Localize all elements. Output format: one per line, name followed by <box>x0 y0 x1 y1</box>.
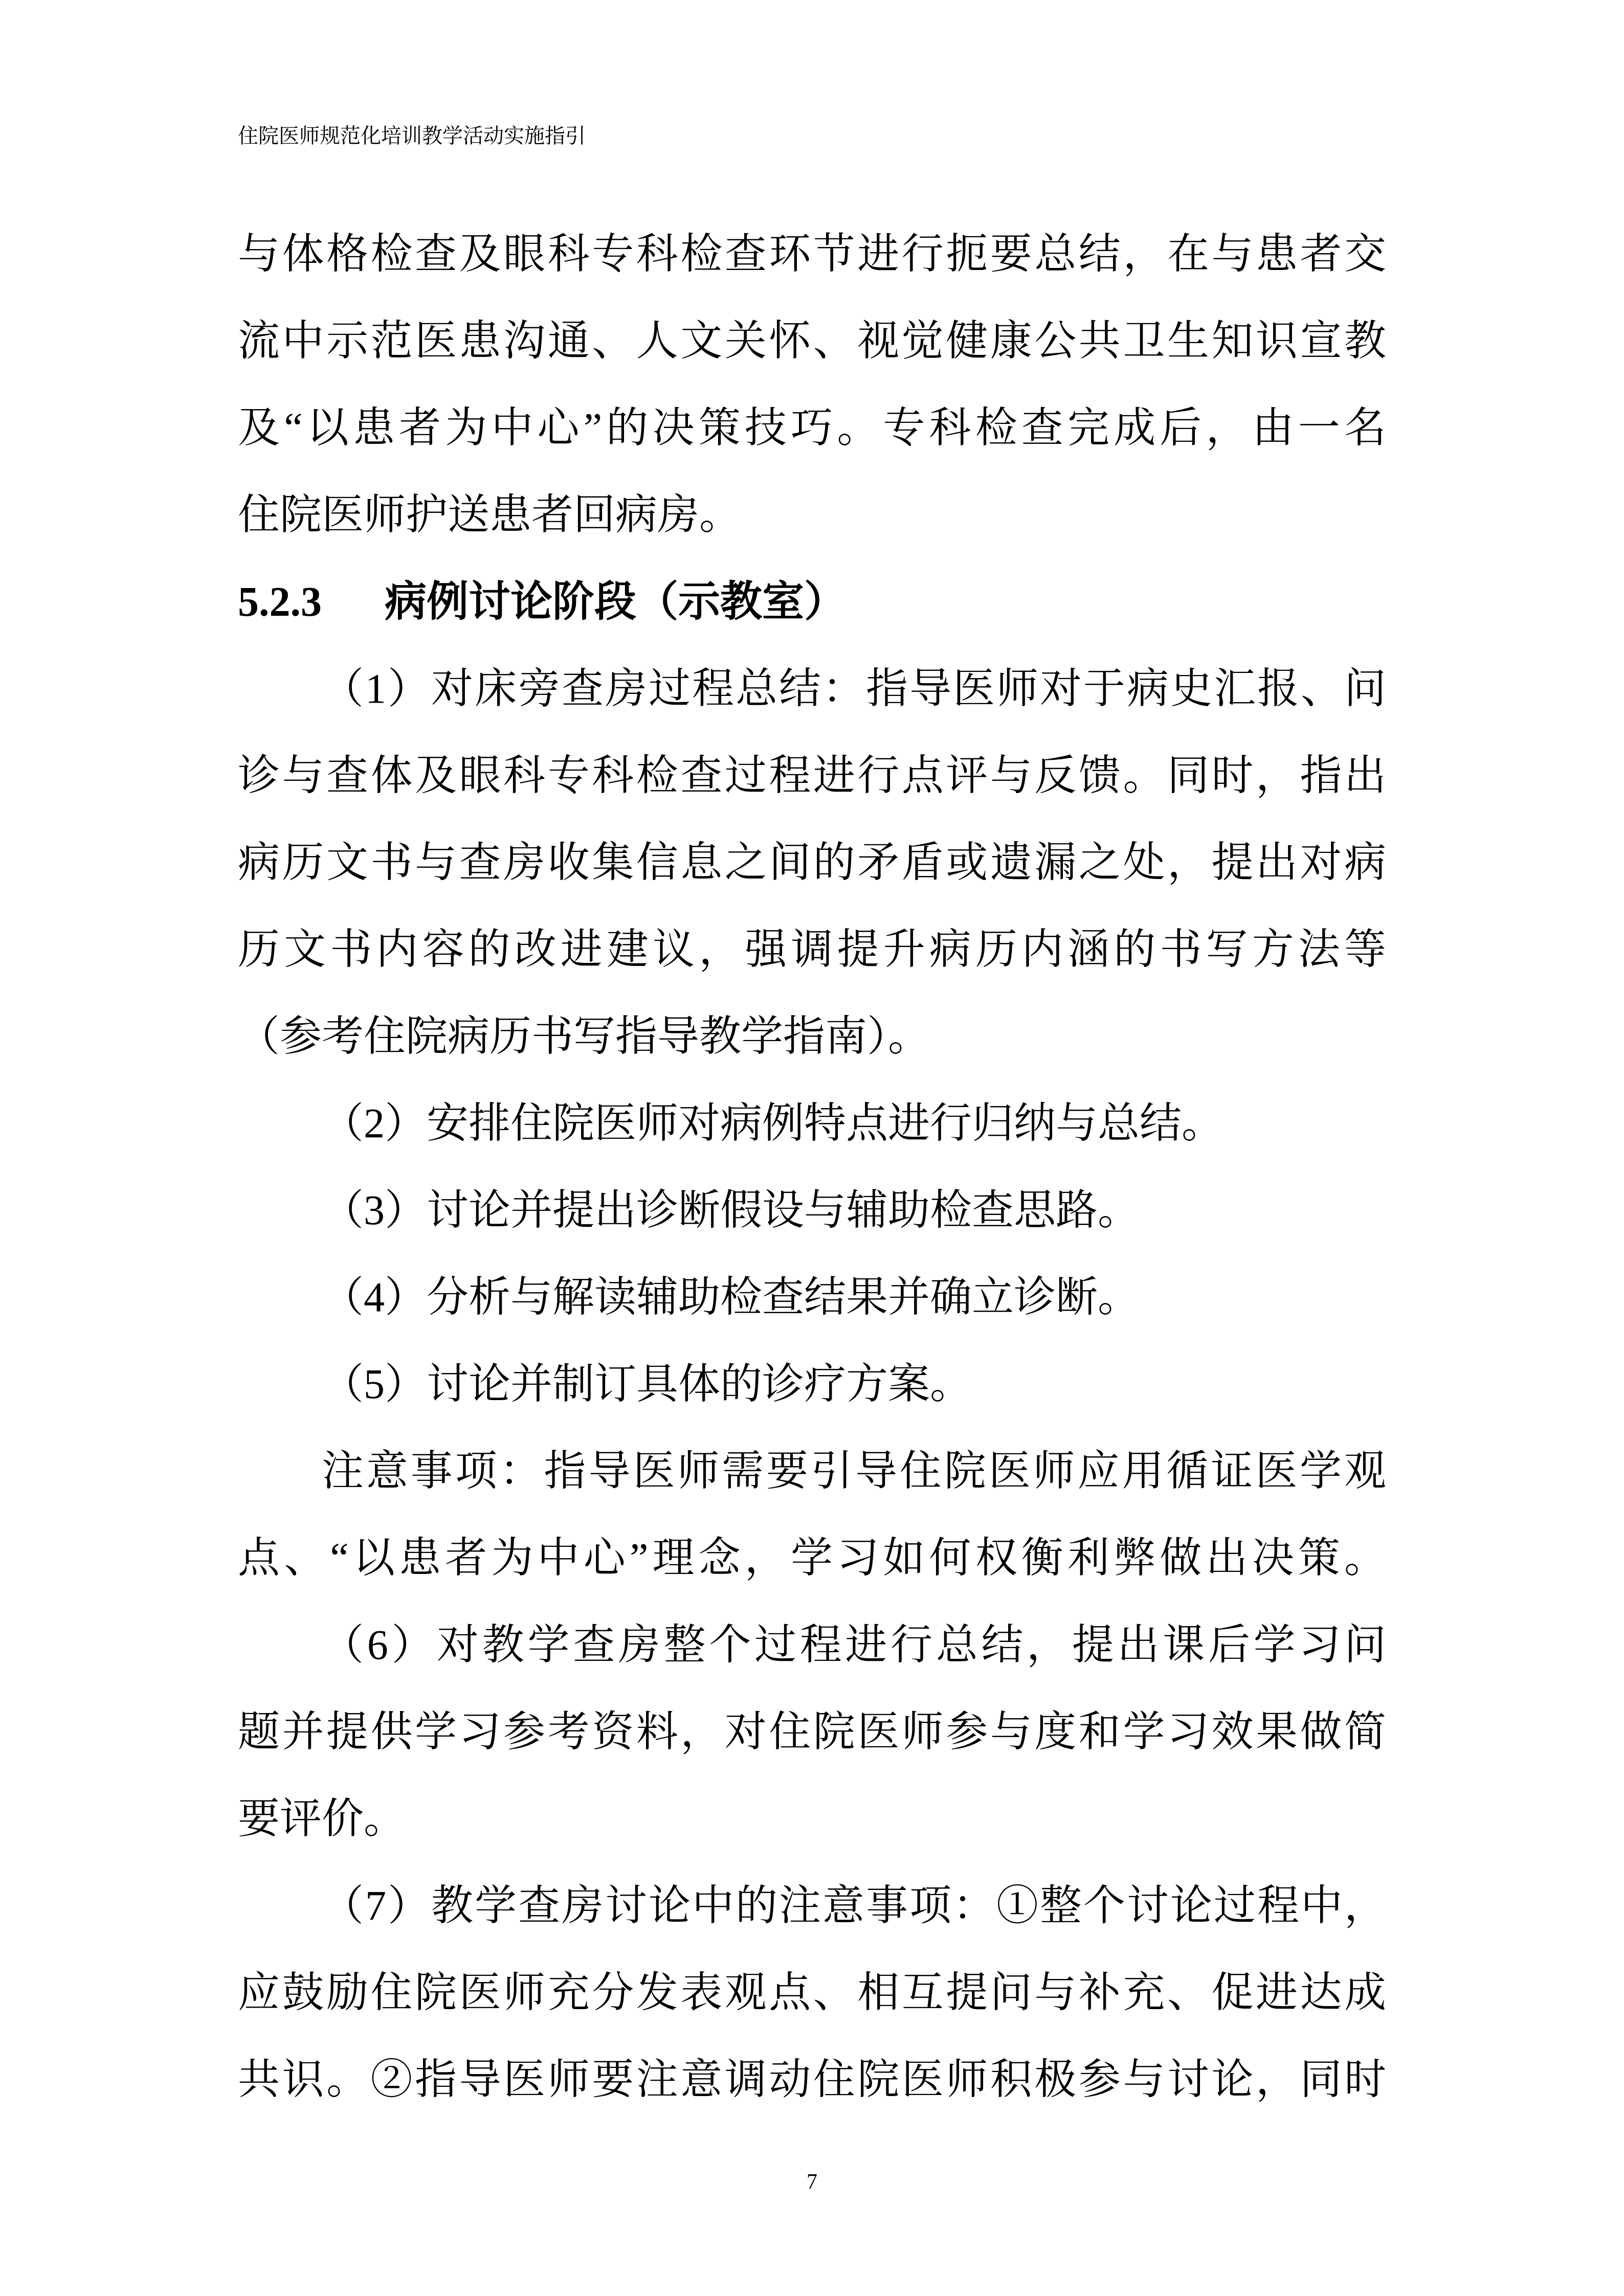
paragraph-item-4: （4）分析与解读辅助检查结果并确立诊断。 <box>238 1254 1386 1341</box>
text-line: 与体格检查及眼科专科检查环节进行扼要总结，在与患者交 <box>238 211 1386 298</box>
text-line: 5.2.3病例讨论阶段（示教室） <box>238 558 1386 645</box>
paragraph-item-2: （2）安排住院医师对病例特点进行归纳与总结。 <box>238 1080 1386 1167</box>
text-line: （参考住院病历书写指导教学指南）。 <box>238 993 1386 1080</box>
text-line: （5）讨论并制订具体的诊疗方案。 <box>238 1341 1386 1428</box>
text-line: （6）对教学查房整个过程进行总结，提出课后学习问 <box>238 1602 1386 1689</box>
text-line: 病历文书与查房收集信息之间的矛盾或遗漏之处，提出对病 <box>238 819 1386 906</box>
text-line: 住院医师护送患者回病房。 <box>238 471 1386 558</box>
paragraph-item-7: （7）教学查房讨论中的注意事项：①整个讨论过程中， 应鼓励住院医师充分发表观点、… <box>238 1862 1386 2123</box>
text-line: （3）讨论并提出诊断假设与辅助检查思路。 <box>238 1167 1386 1254</box>
text-line: 流中示范医患沟通、人文关怀、视觉健康公共卫生知识宣教 <box>238 298 1386 385</box>
document-page: 住院医师规范化培训教学活动实施指引 与体格检查及眼科专科检查环节进行扼要总结，在… <box>0 0 1624 2296</box>
text-line: 题并提供学习参考资料，对住院医师参与度和学习效果做简 <box>238 1689 1386 1775</box>
section-heading: 5.2.3病例讨论阶段（示教室） <box>238 558 1386 645</box>
text-line: 共识。②指导医师要注意调动住院医师积极参与讨论，同时 <box>238 2036 1386 2123</box>
text-line: 注意事项：指导医师需要引导住院医师应用循证医学观 <box>238 1428 1386 1515</box>
section-title: 病例讨论阶段（示教室） <box>385 578 846 625</box>
text-line: 点、“以患者为中心”理念，学习如何权衡利弊做出决策。 <box>238 1515 1386 1602</box>
paragraph-notes: 注意事项：指导医师需要引导住院医师应用循证医学观 点、“以患者为中心”理念，学习… <box>238 1428 1386 1602</box>
text-line: 应鼓励住院医师充分发表观点、相互提问与补充、促进达成 <box>238 1949 1386 2036</box>
text-line: （7）教学查房讨论中的注意事项：①整个讨论过程中， <box>238 1862 1386 1949</box>
paragraph-item-1: （1）对床旁查房过程总结：指导医师对于病史汇报、问 诊与查体及眼科专科检查过程进… <box>238 645 1386 1080</box>
text-line: 及“以患者为中心”的决策技巧。专科检查完成后，由一名 <box>238 385 1386 471</box>
page-body: 与体格检查及眼科专科检查环节进行扼要总结，在与患者交 流中示范医患沟通、人文关怀… <box>238 211 1386 2123</box>
section-number: 5.2.3 <box>238 578 322 625</box>
running-header: 住院医师规范化培训教学活动实施指引 <box>238 123 586 149</box>
paragraph-item-5: （5）讨论并制订具体的诊疗方案。 <box>238 1341 1386 1428</box>
text-line: 历文书内容的改进建议，强调提升病历内涵的书写方法等 <box>238 906 1386 993</box>
page-number: 7 <box>0 2168 1624 2196</box>
text-line: （2）安排住院医师对病例特点进行归纳与总结。 <box>238 1080 1386 1167</box>
text-line: 诊与查体及眼科专科检查过程进行点评与反馈。同时，指出 <box>238 732 1386 819</box>
text-line: （1）对床旁查房过程总结：指导医师对于病史汇报、问 <box>238 645 1386 732</box>
paragraph-item-6: （6）对教学查房整个过程进行总结，提出课后学习问 题并提供学习参考资料，对住院医… <box>238 1602 1386 1862</box>
text-line: 要评价。 <box>238 1775 1386 1862</box>
text-line: （4）分析与解读辅助检查结果并确立诊断。 <box>238 1254 1386 1341</box>
paragraph-continued: 与体格检查及眼科专科检查环节进行扼要总结，在与患者交 流中示范医患沟通、人文关怀… <box>238 211 1386 558</box>
paragraph-item-3: （3）讨论并提出诊断假设与辅助检查思路。 <box>238 1167 1386 1254</box>
